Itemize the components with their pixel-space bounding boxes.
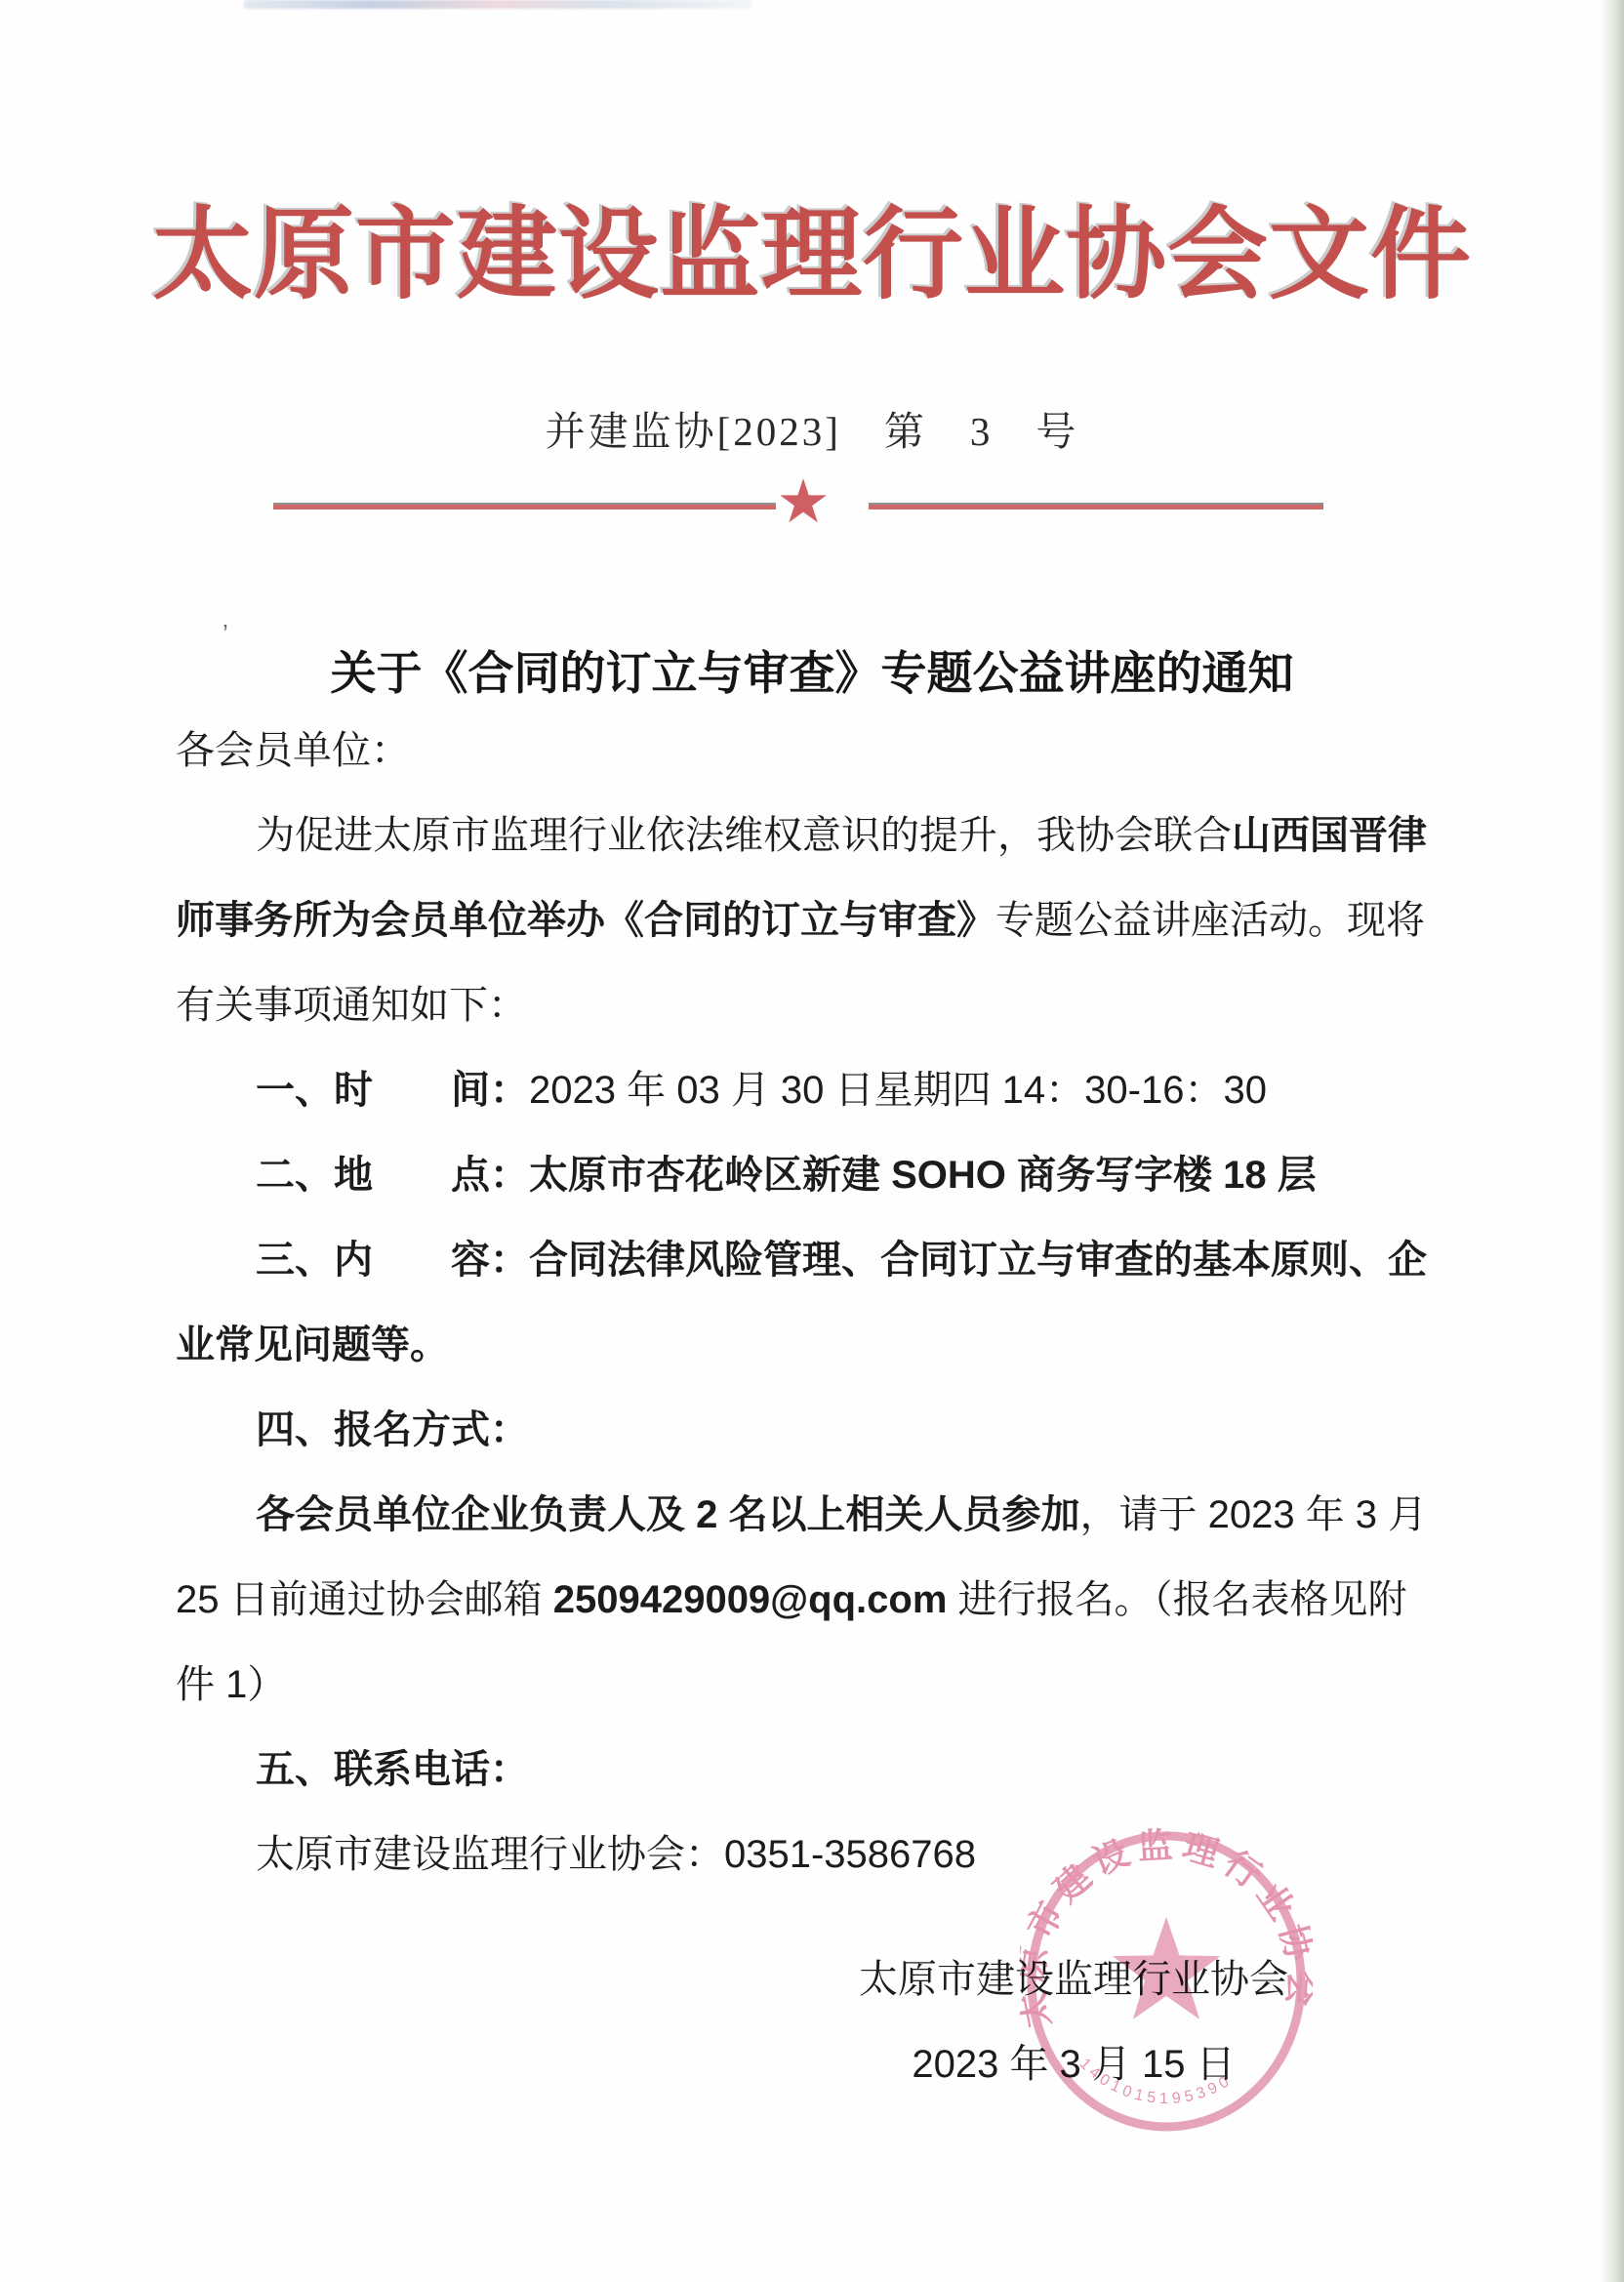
body-line: 为促进太原市监理行业依法维权意识的提升，我协会联合山西国晋律 xyxy=(176,794,1503,878)
stamp-star-icon xyxy=(1113,1917,1220,2019)
text-segment: 业常见问题等。 xyxy=(176,1324,449,1366)
scanned-document-page: 太原市建设监理行业协会文件 并建监协[2023] 第 3 号 ★ ’ 关于《合同… xyxy=(0,0,1624,2282)
body-line: 各会员单位企业负责人及 2 名以上相关人员参加，请于 2023 年 3 月 xyxy=(176,1473,1503,1558)
text-segment: 有关事项通知如下： xyxy=(176,984,527,1027)
doc-number: 并建监协[2023] 第 3 号 xyxy=(0,399,1624,457)
scan-artifact-top-streak xyxy=(244,0,751,9)
official-stamp: 太原市建设监理行业协会 1401015195390 xyxy=(1020,1827,1313,2139)
body-line: 业常见问题等。 xyxy=(176,1303,1503,1388)
body-line: 有关事项通知如下： xyxy=(176,963,1503,1048)
text-segment: ，请于 2023 年 3 月 xyxy=(1079,1493,1427,1536)
text-segment: 山西国晋律 xyxy=(1232,814,1427,857)
text-segment: 进行报名。（报名表格见附 xyxy=(947,1578,1406,1621)
body-line: 各会员单位： xyxy=(176,709,1503,794)
text-segment: 一、时 间： xyxy=(256,1069,529,1112)
body-line: 三、内 容：合同法律风险管理、合同订立与审查的基本原则、企 xyxy=(176,1218,1503,1303)
letterhead-title: 太原市建设监理行业协会文件 xyxy=(0,198,1624,313)
divider-star-icon: ★ xyxy=(759,472,847,533)
text-segment: 件 1） xyxy=(176,1663,286,1706)
text-segment: 五、联系电话： xyxy=(256,1748,529,1791)
text-segment: 25 日前通过协会邮箱 xyxy=(176,1578,553,1621)
body-line: 25 日前通过协会邮箱 2509429009@qq.com 进行报名。（报名表格… xyxy=(176,1558,1503,1643)
text-segment: 师事务所为会员单位举办《合同的订立与审查》 xyxy=(176,899,995,942)
divider-line-right xyxy=(869,503,1323,509)
text-segment: 太原市建设监理行业协会：0351-3586768 xyxy=(256,1833,976,1876)
text-segment: 2023 年 03 月 30 日星期四 14：30-16：30 xyxy=(529,1069,1267,1112)
body-line: 一、时 间：2023 年 03 月 30 日星期四 14：30-16：30 xyxy=(176,1048,1503,1133)
text-segment: 合同法律风险管理、合同订立与审查的基本原则、企 xyxy=(529,1239,1427,1282)
body-line: 五、联系电话： xyxy=(176,1728,1503,1813)
svg-text:1401015195390: 1401015195390 xyxy=(1076,2056,1237,2107)
body-line: 二、地 点：太原市杏花岭区新建 SOHO 商务写字楼 18 层 xyxy=(176,1133,1503,1218)
text-segment: 各会员单位： xyxy=(176,729,410,772)
text-segment: 四、报名方式： xyxy=(256,1408,529,1451)
text-segment: 各会员单位企业负责人及 2 名以上相关人员参加 xyxy=(256,1493,1079,1536)
body-text-block: 各会员单位：为促进太原市监理行业依法维权意识的提升，我协会联合山西国晋律师事务所… xyxy=(176,709,1503,1897)
scan-artifact-right-edge xyxy=(1601,0,1624,2282)
divider-line-left xyxy=(273,503,776,509)
body-line: 件 1） xyxy=(176,1643,1503,1728)
text-segment: 为促进太原市监理行业依法维权意识的提升，我协会联合 xyxy=(256,814,1232,857)
stamp-serial: 1401015195390 xyxy=(1076,2056,1237,2107)
text-segment: 专题公益讲座活动。现将 xyxy=(995,899,1425,942)
body-line: 师事务所为会员单位举办《合同的订立与审查》专题公益讲座活动。现将 xyxy=(176,878,1503,963)
text-segment: 三、内 容： xyxy=(256,1239,529,1282)
notice-title: 关于《合同的订立与审查》专题公益讲座的通知 xyxy=(0,637,1624,703)
body-line: 四、报名方式： xyxy=(176,1388,1503,1473)
text-segment: 二、地 点： xyxy=(256,1154,529,1197)
text-segment: 太原市杏花岭区新建 SOHO 商务写字楼 18 层 xyxy=(529,1154,1317,1197)
text-segment: 2509429009@qq.com xyxy=(553,1578,948,1621)
